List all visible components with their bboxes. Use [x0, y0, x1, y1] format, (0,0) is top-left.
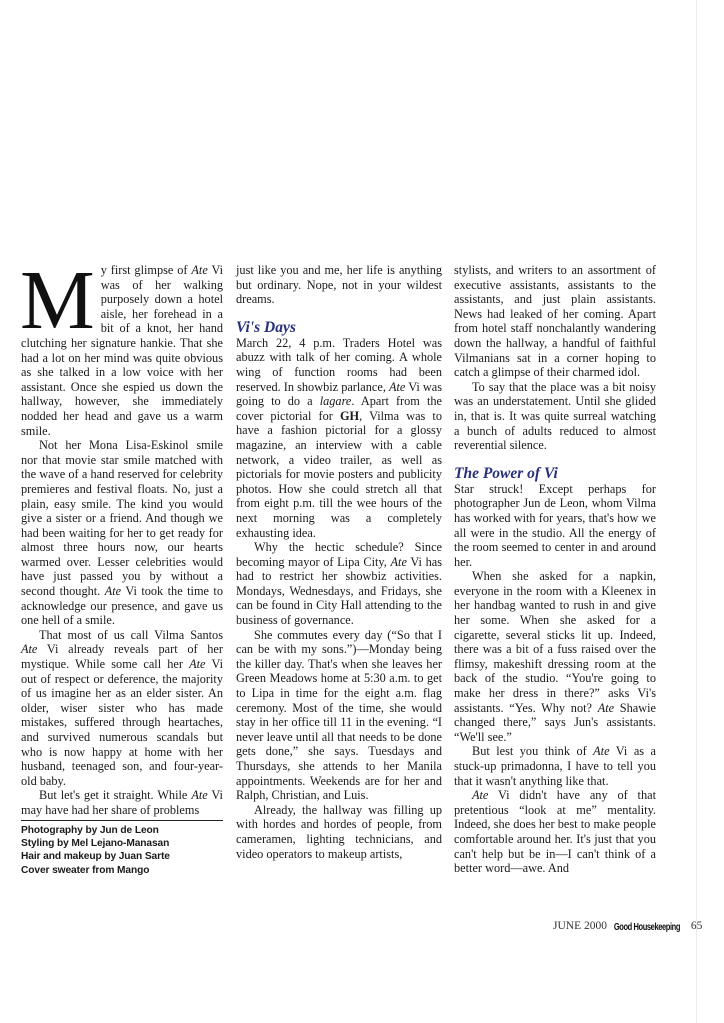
magazine-logo: Good Housekeeping — [614, 920, 680, 933]
italic-text: Ate — [389, 380, 405, 394]
italic-text: lagare — [320, 394, 352, 408]
credit-line: Cover sweater from Mango — [21, 864, 223, 877]
body-paragraph: When she asked for a napkin, everyone in… — [454, 569, 656, 744]
text-run: To say that the place was a bit noisy wa… — [454, 380, 656, 452]
photo-credits: Photography by Jun de LeonStyling by Mel… — [21, 824, 223, 878]
text-run: Star struck! Except perhaps for photogra… — [454, 482, 656, 569]
text-run: But let's get it straight. While — [39, 788, 191, 802]
text-run: Already, the hallway was filling up with… — [236, 803, 442, 861]
section-subhead: Vi's Days — [236, 319, 442, 336]
italic-text: Ate — [391, 555, 407, 569]
body-paragraph: March 22, 4 p.m. Traders Hotel was abuzz… — [236, 336, 442, 540]
article-column-1: My first glimpse of Ate Vi was of her wa… — [21, 263, 223, 877]
body-paragraph: Ate Vi didn't have any of that pretentio… — [454, 788, 656, 876]
credit-line: Photography by Jun de Leon — [21, 824, 223, 837]
body-paragraph: That most of us call Vilma Santos Ate Vi… — [21, 628, 223, 789]
credit-line: Hair and makeup by Juan Sarte — [21, 850, 223, 863]
section-subhead: The Power of Vi — [454, 465, 656, 482]
text-run: stylists, and writers to an assortment o… — [454, 263, 656, 379]
credits-divider — [21, 820, 223, 821]
italic-text: Ate — [191, 788, 207, 802]
text-run: y first glimpse of — [101, 263, 192, 277]
body-paragraph: Already, the hallway was filling up with… — [236, 803, 442, 861]
article-column-2: just like you and me, her life is anythi… — [236, 263, 442, 861]
text-run: But lest you think of — [472, 744, 593, 758]
text-run: Vi out of respect or deference, the majo… — [21, 657, 223, 788]
page-footer: JUNE 2000 Good Housekeeping 65 — [553, 920, 702, 932]
italic-text: Ate — [105, 584, 121, 598]
body-paragraph: My first glimpse of Ate Vi was of her wa… — [21, 263, 223, 438]
body-paragraph: To say that the place was a bit noisy wa… — [454, 380, 656, 453]
body-paragraph: just like you and me, her life is anythi… — [236, 263, 442, 307]
issue-date: JUNE 2000 — [553, 920, 607, 932]
body-paragraph: stylists, and writers to an assortment o… — [454, 263, 656, 380]
text-run: That most of us call Vilma Santos — [39, 628, 223, 642]
body-paragraph: Why the hectic schedule? Since becoming … — [236, 540, 442, 628]
body-paragraph: Not her Mona Lisa-Eskinol smile nor that… — [21, 438, 223, 628]
credit-line: Styling by Mel Lejano-Manasan — [21, 837, 223, 850]
text-run: , Vilma was to have a fashion pictorial … — [236, 409, 442, 540]
body-paragraph: Star struck! Except perhaps for photogra… — [454, 482, 656, 570]
page-gutter-line — [696, 0, 697, 1023]
text-run: just like you and me, her life is anythi… — [236, 263, 442, 306]
drop-cap: M — [20, 269, 95, 333]
italic-text: Ate — [21, 642, 37, 656]
italic-text: Ate — [472, 788, 488, 802]
body-paragraph: But let's get it straight. While Ate Vi … — [21, 788, 223, 817]
text-run: When she asked for a napkin, everyone in… — [454, 569, 656, 714]
italic-text: Ate — [598, 701, 614, 715]
body-paragraph: But lest you think of Ate Vi as a stuck-… — [454, 744, 656, 788]
text-run: Not her Mona Lisa-Eskinol smile nor that… — [21, 438, 223, 598]
page-number: 65 — [691, 920, 703, 932]
text-run: She commutes every day (“So that I can b… — [236, 628, 442, 803]
body-paragraph: She commutes every day (“So that I can b… — [236, 628, 442, 803]
article-column-3: stylists, and writers to an assortment o… — [454, 263, 656, 876]
italic-text: Ate — [189, 657, 205, 671]
italic-text: Ate — [191, 263, 207, 277]
italic-text: Ate — [593, 744, 609, 758]
bold-text: GH — [340, 409, 359, 423]
